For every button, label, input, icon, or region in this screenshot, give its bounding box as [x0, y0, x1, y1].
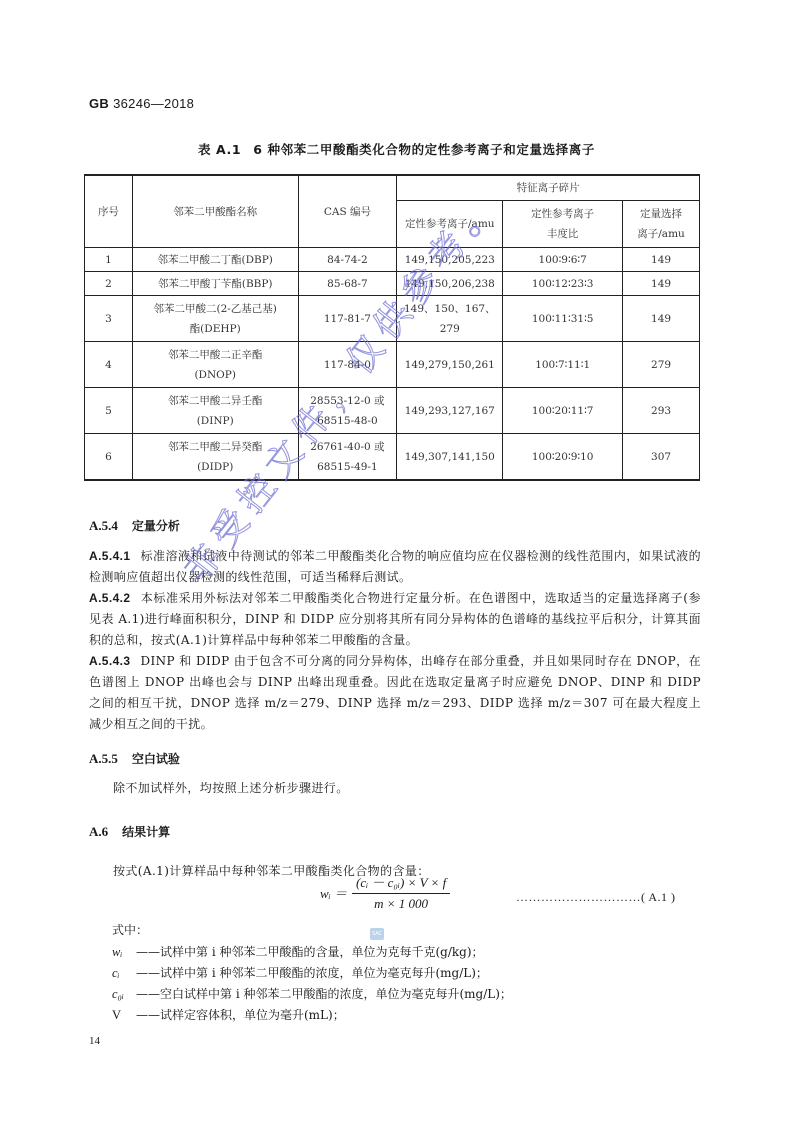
cell-name: 邻苯二甲酸二正辛酯(DNOP): [132, 342, 298, 388]
cell-seq: 3: [85, 296, 133, 342]
cell-quant: 149: [623, 248, 700, 272]
standard-code: GB36246—2018: [89, 96, 194, 111]
table-number: 表 A.1: [198, 142, 241, 157]
paragraph-a5541: A.5.4.1标准溶液和试液中待测试的邻苯二甲酸酯类化合物的响应值均应在仪器检测…: [89, 546, 701, 588]
formula-denominator: m × 1 000: [374, 894, 428, 912]
cell-seq: 2: [85, 272, 133, 296]
cell-name: 邻苯二甲酸二(2-乙基己基)酯(DEHP): [132, 296, 298, 342]
cell-ratio: 100∶20∶11∶7: [503, 388, 623, 434]
cell-name: 邻苯二甲酸二异壬酯(DINP): [132, 388, 298, 434]
formula-numerator: (cᵢ － c₀ᵢ) × V × f: [352, 872, 450, 894]
cell-seq: 4: [85, 342, 133, 388]
table-row: 2 邻苯二甲酸丁苄酯(BBP) 85-68-7 149,150,206,238 …: [85, 272, 700, 296]
cell-cas: 28553-12-0 或68515-48-0: [298, 388, 397, 434]
table-title: 表 A.16 种邻苯二甲酸酯类化合物的定性参考离子和定量选择离子: [0, 140, 793, 158]
cell-ratio: 100∶7∶11∶1: [503, 342, 623, 388]
formula-fraction: (cᵢ － c₀ᵢ) × V × f m × 1 000: [352, 872, 450, 912]
cell-name: 邻苯二甲酸丁苄酯(BBP): [132, 272, 298, 296]
table-row: 1 邻苯二甲酸二丁酯(DBP) 84-74-2 149,150,205,223 …: [85, 248, 700, 272]
header-quant-ion: 定量选择离子/amu: [623, 201, 700, 248]
table-row: 5 邻苯二甲酸二异壬酯(DINP) 28553-12-0 或68515-48-0…: [85, 388, 700, 434]
cell-ratio: 100∶12∶23∶3: [503, 272, 623, 296]
cell-seq: 5: [85, 388, 133, 434]
cell-quant: 149: [623, 296, 700, 342]
cell-seq: 6: [85, 434, 133, 481]
formula-lhs: wᵢ ＝: [320, 883, 347, 902]
cell-ions: 149,307,141,150: [397, 434, 503, 481]
variable-list: wᵢ——试样中第 i 种邻苯二甲酸酯的含量，单位为克每千克(g/kg)； cᵢ—…: [112, 942, 512, 1026]
header-cas: CAS 编号: [298, 175, 397, 248]
where-label: 式中：: [112, 921, 148, 938]
equation-label: …………………………( A.1 ): [516, 890, 676, 905]
table-caption: 6 种邻苯二甲酸酯类化合物的定性参考离子和定量选择离子: [253, 142, 595, 157]
section-heading-a6: A.6结果计算: [89, 823, 170, 840]
cell-name: 邻苯二甲酸二丁酯(DBP): [132, 248, 298, 272]
header-qual-ions: 定性参考离子/amu: [397, 201, 503, 248]
formula-a1: wᵢ ＝ (cᵢ － c₀ᵢ) × V × f m × 1 000: [320, 872, 450, 912]
cell-quant: 293: [623, 388, 700, 434]
paragraph-a5542: A.5.4.2本标准采用外标法对邻苯二甲酸酯类化合物进行定量分析。在色谱图中，选…: [89, 588, 701, 651]
cell-ions: 149、150、167、279: [397, 296, 503, 342]
section-heading-a555: A.5.5空白试验: [89, 750, 180, 767]
variable-item: wᵢ——试样中第 i 种邻苯二甲酸酯的含量，单位为克每千克(g/kg)；: [112, 942, 512, 963]
cell-seq: 1: [85, 248, 133, 272]
cell-ions: 149,293,127,167: [397, 388, 503, 434]
cell-name: 邻苯二甲酸二异癸酯(DIDP): [132, 434, 298, 481]
sac-logo-icon: SAC: [370, 928, 384, 940]
cell-cas: 117-84-0: [298, 342, 397, 388]
cell-cas: 84-74-2: [298, 248, 397, 272]
variable-item: cᵢ——试样中第 i 种邻苯二甲酸酯的浓度，单位为毫克每升(mg/L)；: [112, 963, 512, 984]
cell-ions: 149,150,205,223: [397, 248, 503, 272]
cell-ratio: 100∶9∶6∶7: [503, 248, 623, 272]
cell-ions: 149,279,150,261: [397, 342, 503, 388]
header-fragment-group: 特征离子碎片: [397, 175, 700, 201]
section-heading-a554: A.5.4定量分析: [89, 517, 180, 534]
table-header-row: 序号 邻苯二甲酸酯名称 CAS 编号 特征离子碎片: [85, 175, 700, 201]
standard-prefix: GB: [89, 96, 109, 111]
ion-table: 序号 邻苯二甲酸酯名称 CAS 编号 特征离子碎片 定性参考离子/amu 定性参…: [84, 174, 700, 481]
table-row: 3 邻苯二甲酸二(2-乙基己基)酯(DEHP) 117-81-7 149、150…: [85, 296, 700, 342]
header-seq: 序号: [85, 175, 133, 248]
page-number: 14: [89, 1035, 100, 1047]
variable-item: c₀ᵢ——空白试样中第 i 种邻苯二甲酸酯的浓度，单位为毫克每升(mg/L)；: [112, 984, 512, 1005]
cell-cas: 117-81-7: [298, 296, 397, 342]
cell-quant: 279: [623, 342, 700, 388]
table-row: 6 邻苯二甲酸二异癸酯(DIDP) 26761-40-0 或68515-49-1…: [85, 434, 700, 481]
paragraph-a5543: A.5.4.3DINP 和 DIDP 由于包含不可分离的同分异构体，出峰存在部分…: [89, 651, 701, 735]
header-name: 邻苯二甲酸酯名称: [132, 175, 298, 248]
standard-number: 36246—2018: [113, 96, 194, 111]
paragraph-a555: 除不加试样外，均按照上述分析步骤进行。: [89, 778, 701, 799]
cell-ratio: 100∶11∶31∶5: [503, 296, 623, 342]
table-row: 4 邻苯二甲酸二正辛酯(DNOP) 117-84-0 149,279,150,2…: [85, 342, 700, 388]
variable-item: V——试样定容体积，单位为毫升(mL)；: [112, 1005, 512, 1026]
cell-quant: 149: [623, 272, 700, 296]
cell-cas: 26761-40-0 或68515-49-1: [298, 434, 397, 481]
cell-ratio: 100∶20∶9∶10: [503, 434, 623, 481]
cell-ions: 149,150,206,238: [397, 272, 503, 296]
cell-cas: 85-68-7: [298, 272, 397, 296]
cell-quant: 307: [623, 434, 700, 481]
header-ratio: 定性参考离子丰度比: [503, 201, 623, 248]
